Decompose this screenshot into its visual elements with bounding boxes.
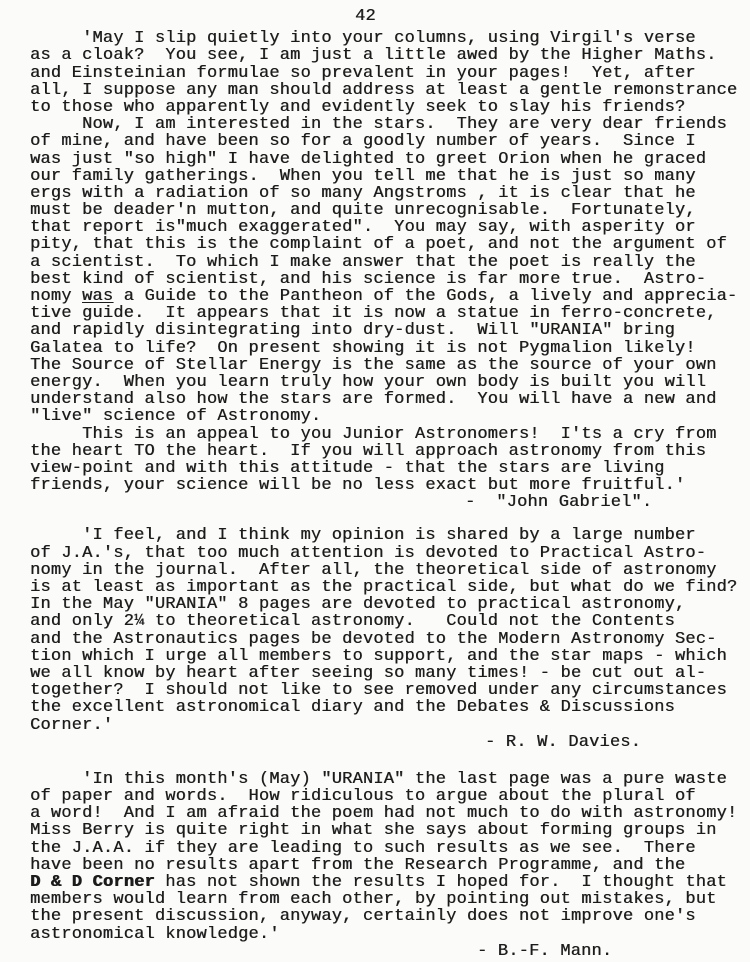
text-line: nomy in the journal. After all, the theo… [30,562,746,579]
signature-r-w-davies: - R. W. Davies. [485,734,746,751]
text-line: astronomical knowledge.' [30,926,746,943]
text-line: the present discussion, anyway, certainl… [30,908,746,925]
text-line: Corner.' [30,717,746,734]
text-line: all, I suppose any man should address at… [30,82,746,99]
signature-b-f-mann: - B.-F. Mann. [477,943,746,960]
page-number: 42 [355,8,746,25]
text-line: of mine, and have been so for a goodly n… [30,133,746,150]
document-page: 42 'May I slip quietly into your columns… [0,0,750,962]
text-line: Galatea to life? On present showing it i… [30,340,746,357]
text-line: 'In this month's (May) "URANIA" the last… [30,771,746,788]
letter-r-w-davies: 'I feel, and I think my opinion is share… [30,527,746,750]
text-line: and only 2¼ to theoretical astronomy. Co… [30,613,746,630]
text-line: In the May "URANIA" 8 pages are devoted … [30,596,746,613]
text-line: and the Astronautics pages be devoted to… [30,631,746,648]
text-line: together? I should not like to see remov… [30,682,746,699]
text-line: energy. When you learn truly how your ow… [30,374,746,391]
text-line: tive guide. It appears that it is now a … [30,305,746,322]
text-line: Miss Berry is quite right in what she sa… [30,822,746,839]
text-line: a word! And I am afraid the poem had not… [30,805,746,822]
text-line: "live" science of Astronomy. [30,408,746,425]
text-line: nomy was a Guide to the Pantheon of the … [30,288,746,305]
text-line: pity, that this is the complaint of a po… [30,236,746,253]
text-line: The Source of Stellar Energy is the same… [30,357,746,374]
text-line: 'I feel, and I think my opinion is share… [30,527,746,544]
letter-body: 'May I slip quietly into your columns, u… [30,30,746,494]
text-line: the excellent astronomical diary and the… [30,699,746,716]
signature-john-gabriel: - "John Gabriel". [465,494,746,511]
text-line: that report is"much exaggerated". You ma… [30,219,746,236]
text-line: of paper and words. How ridiculous to ar… [30,788,746,805]
text-line: and rapidly disintegrating into dry-dust… [30,322,746,339]
text-line: and Einsteinian formulae so prevalent in… [30,65,746,82]
text-line: 'May I slip quietly into your columns, u… [30,30,746,47]
text-line: members would learn from each other, by … [30,891,746,908]
text-line: friends, your science will be no less ex… [30,477,746,494]
text-line: Now, I am interested in the stars. They … [30,116,746,133]
text-line: best kind of scientist, and his science … [30,271,746,288]
text-line: This is an appeal to you Junior Astronom… [30,426,746,443]
letter-body: 'I feel, and I think my opinion is share… [30,527,746,733]
text-line: is at least as important as the practica… [30,579,746,596]
letter-john-gabriel: 'May I slip quietly into your columns, u… [30,30,746,511]
text-line: tion which I urge all members to support… [30,648,746,665]
text-line: the heart TO the heart. If you will appr… [30,443,746,460]
text-line: the J.A.A. if they are leading to such r… [30,840,746,857]
text-line: was just "so high" I have delighted to g… [30,151,746,168]
letter-body: 'In this month's (May) "URANIA" the last… [30,771,746,943]
text-line: ergs with a radiation of so many Angstro… [30,185,746,202]
text-line: we all know by heart after seeing so man… [30,665,746,682]
text-line: view-point and with this attitude - that… [30,460,746,477]
text-line: D & D Corner has not shown the results I… [30,874,746,891]
text-line: a scientist. To which I make answer that… [30,254,746,271]
text-line: our family gatherings. When you tell me … [30,168,746,185]
text-line: understand also how the stars are formed… [30,391,746,408]
text-line: of J.A.'s, that too much attention is de… [30,545,746,562]
text-line: to those who apparently and evidently se… [30,99,746,116]
text-line: as a cloak? You see, I am just a little … [30,47,746,64]
letter-b-f-mann: 'In this month's (May) "URANIA" the last… [30,771,746,960]
text-line: must be deader'n mutton, and quite unrec… [30,202,746,219]
text-line: have been no results apart from the Rese… [30,857,746,874]
